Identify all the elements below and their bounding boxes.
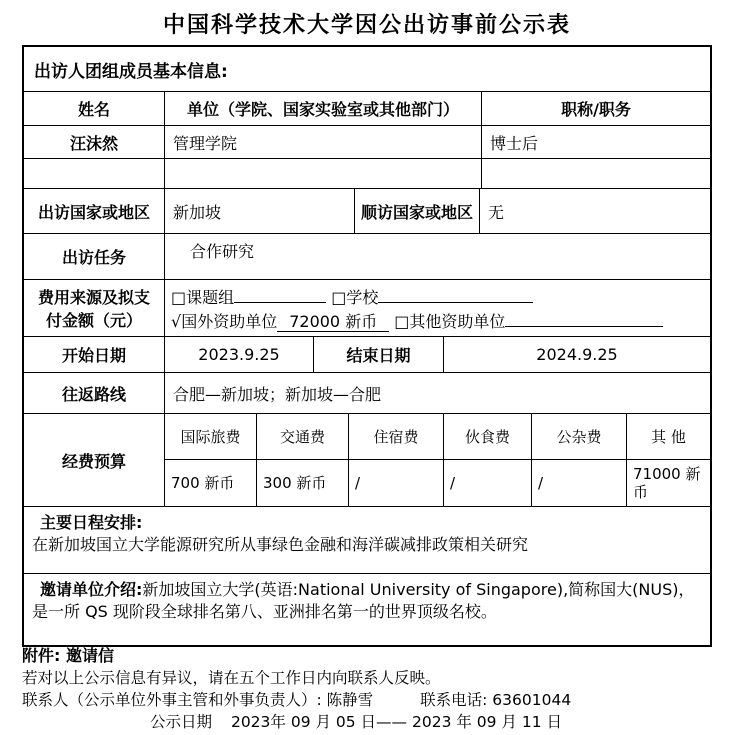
member-position: 博士后 bbox=[482, 126, 710, 159]
page-title: 中国科学技术大学因公出访事前公示表 bbox=[0, 8, 734, 39]
topic-group-blank-line bbox=[234, 288, 326, 303]
objection-notice: 若对以上公示信息有异议，请在五个工作日内向联系人反映。 bbox=[22, 667, 722, 689]
inviter-paragraph: 邀请单位介绍:新加坡国立大学(英语:National University of… bbox=[32, 579, 702, 623]
funding-option-other: □其他资助单位 bbox=[394, 312, 505, 331]
phone-value: 63601044 bbox=[492, 691, 571, 709]
schedule-text: 在新加坡国立大学能源研究所从事绿色金融和海洋碳减排政策相关研究 bbox=[32, 534, 702, 556]
footer-notes: 附件: 邀请信 若对以上公示信息有异议，请在五个工作日内向联系人反映。 联系人（… bbox=[22, 645, 722, 733]
visit-task-value: 合作研究 bbox=[165, 234, 710, 280]
budget-val-intl-travel: 700 新币 bbox=[165, 460, 257, 507]
other-blank-line bbox=[505, 312, 663, 327]
funding-option-foreign-checked: √国外资助单位 bbox=[171, 312, 277, 331]
empty-position-cell bbox=[482, 159, 710, 189]
schedule-label: 主要日程安排: bbox=[32, 512, 702, 534]
member-unit: 管理学院 bbox=[165, 126, 482, 159]
contact-label: 联系人（公示单位外事主管和外事负责人）: bbox=[22, 691, 322, 709]
schedule-cell: 主要日程安排: 在新加坡国立大学能源研究所从事绿色金融和海洋碳减排政策相关研究 bbox=[24, 507, 710, 574]
budget-val-other: 71000 新币 bbox=[627, 460, 710, 507]
budget-col-other: 其 他 bbox=[627, 414, 710, 460]
inviter-label: 邀请单位介绍: bbox=[32, 580, 142, 599]
phone-label: 联系电话: bbox=[420, 691, 487, 709]
member-name: 汪沫然 bbox=[24, 126, 165, 159]
route-value: 合肥—新加坡；新加坡—合肥 bbox=[165, 373, 710, 414]
visit-task-label: 出访任务 bbox=[24, 234, 165, 280]
contact-name: 陈静雪 bbox=[327, 691, 374, 709]
funding-option-school: □学校 bbox=[331, 288, 378, 307]
contact-line: 联系人（公示单位外事主管和外事负责人）: 陈静雪 联系电话: 63601044 bbox=[22, 689, 722, 711]
table-row: 汪沫然 管理学院 博士后 bbox=[24, 126, 710, 159]
publicity-dates: 2023年 09 月 05 日—— 2023 年 09 月 11 日 bbox=[231, 713, 562, 731]
position-column-header: 职称/职务 bbox=[482, 92, 710, 126]
budget-val-misc: / bbox=[532, 460, 627, 507]
name-column-header: 姓名 bbox=[24, 92, 165, 126]
funding-line-2: √国外资助单位72000 新币 □其他资助单位 bbox=[171, 310, 710, 334]
end-date-label: 结束日期 bbox=[314, 337, 444, 373]
funding-option-topic-group: □课题组 bbox=[171, 288, 234, 307]
empty-name-cell bbox=[24, 159, 165, 189]
destination-country-value: 新加坡 bbox=[165, 189, 355, 234]
table-row-empty bbox=[24, 159, 710, 189]
funding-label-line2: 付金额（元） bbox=[38, 308, 150, 331]
unit-column-header: 单位（学院、国家实验室或其他部门） bbox=[165, 92, 482, 126]
empty-unit-cell bbox=[165, 159, 482, 189]
budget-col-lodging: 住宿费 bbox=[349, 414, 444, 460]
publicity-form-table: 出访人团组成员基本信息: 姓名 单位（学院、国家实验室或其他部门） 职称/职务 … bbox=[22, 45, 712, 647]
budget-col-transport: 交通费 bbox=[257, 414, 349, 460]
budget-subtable: 国际旅费 交通费 住宿费 伙食费 公杂费 其 他 700 新币 300 新币 /… bbox=[165, 414, 710, 507]
publicity-date-line: 公示日期 2023年 09 月 05 日—— 2023 年 09 月 11 日 bbox=[22, 711, 722, 733]
inviter-cell: 邀请单位介绍:新加坡国立大学(英语:National University of… bbox=[24, 574, 710, 645]
start-date-value: 2023.9.25 bbox=[165, 337, 314, 373]
budget-label: 经费预算 bbox=[24, 414, 165, 507]
side-visit-country-value: 无 bbox=[480, 189, 710, 234]
funding-line-1: □课题组 □学校 bbox=[171, 286, 710, 310]
budget-val-lodging: / bbox=[349, 460, 444, 507]
destination-country-label: 出访国家或地区 bbox=[24, 189, 165, 234]
school-blank-line bbox=[378, 288, 533, 303]
attachment-value: 邀请信 bbox=[66, 646, 114, 665]
budget-col-misc: 公杂费 bbox=[532, 414, 627, 460]
funding-label-line1: 费用来源及拟支 bbox=[38, 285, 150, 308]
end-date-value: 2024.9.25 bbox=[444, 337, 710, 373]
budget-col-meals: 伙食费 bbox=[444, 414, 532, 460]
budget-val-transport: 300 新币 bbox=[257, 460, 349, 507]
budget-col-intl-travel: 国际旅费 bbox=[165, 414, 257, 460]
basic-info-header: 出访人团组成员基本信息: bbox=[24, 47, 710, 92]
foreign-amount-value: 72000 新币 bbox=[277, 312, 389, 332]
publicity-label: 公示日期 bbox=[150, 713, 212, 731]
funding-options-cell: □课题组 □学校 √国外资助单位72000 新币 □其他资助单位 bbox=[165, 280, 710, 337]
side-visit-country-label: 顺访国家或地区 bbox=[355, 189, 480, 234]
start-date-label: 开始日期 bbox=[24, 337, 165, 373]
route-label: 往返路线 bbox=[24, 373, 165, 414]
attachment-line: 附件: 邀请信 bbox=[22, 645, 722, 667]
budget-val-meals: / bbox=[444, 460, 532, 507]
funding-source-label: 费用来源及拟支 付金额（元） bbox=[24, 280, 165, 337]
attachment-label: 附件: bbox=[22, 646, 60, 665]
